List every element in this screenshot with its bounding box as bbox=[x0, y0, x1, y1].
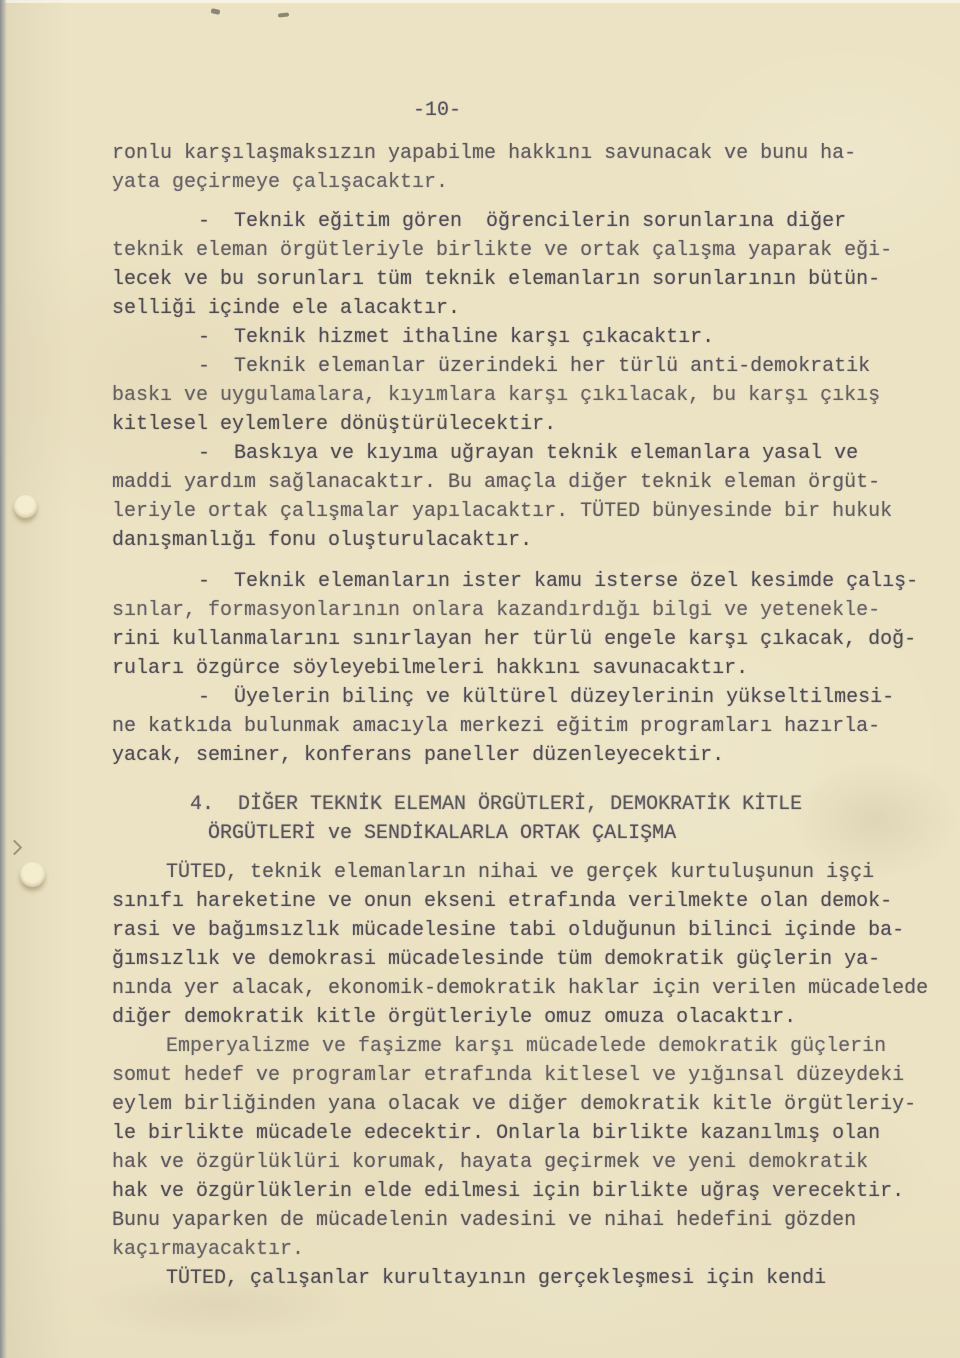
document-line: - Üyelerin bilinç ve kültürel düzeylerin… bbox=[198, 683, 960, 712]
page-number: -10- bbox=[0, 96, 874, 125]
document-line: sınıfı hareketine ve onun ekseni etrafın… bbox=[112, 887, 960, 916]
paper-emboss-mark bbox=[20, 862, 45, 887]
document-line: hak ve özgürlüklüri korumak, hayata geçi… bbox=[112, 1148, 960, 1177]
document-line: Bunu yaparken de mücadelenin vadesini ve… bbox=[112, 1206, 960, 1235]
document-line: - Baskıya ve kıyıma uğrayan teknik elema… bbox=[198, 439, 960, 468]
document-line: Emperyalizme ve faşizme karşı mücadelede… bbox=[166, 1032, 960, 1061]
scanned-page: -10- ronlu karşılaşmaksızın yapabilme ha… bbox=[0, 0, 960, 1358]
paper-emboss-mark bbox=[14, 495, 37, 518]
document-line: maddi yardım sağlanacaktır. Bu amaçla di… bbox=[112, 468, 960, 497]
document-body: -10- ronlu karşılaşmaksızın yapabilme ha… bbox=[0, 0, 960, 1293]
document-line: baskı ve uygulamalara, kıyımlara karşı ç… bbox=[112, 381, 960, 410]
document-line: - Teknik elemanların ister kamu isterse … bbox=[198, 567, 960, 596]
document-line: nında yer alacak, ekonomik-demokratik ha… bbox=[112, 974, 960, 1003]
document-line: diğer demokratik kitle örgütleriyle omuz… bbox=[112, 1003, 960, 1032]
document-line: sınlar, formasyonlarının onlara kazandır… bbox=[112, 596, 960, 625]
document-line: teknik eleman örgütleriyle birlikte ve o… bbox=[112, 236, 960, 265]
document-line: ğımsızlık ve demokrasi mücadelesinde tüm… bbox=[112, 945, 960, 974]
document-line: somut hedef ve programlar etrafında kitl… bbox=[112, 1061, 960, 1090]
document-line: hak ve özgürlüklerin elde edilmesi için … bbox=[112, 1177, 960, 1206]
document-line: yacak, seminer, konferans paneller düzen… bbox=[112, 741, 960, 770]
document-line: yata geçirmeye çalışacaktır. bbox=[112, 168, 960, 197]
document-line: - Teknik hizmet ithaline karşı çıkacaktı… bbox=[198, 323, 960, 352]
document-line: danışmanlığı fonu oluşturulacaktır. bbox=[112, 526, 960, 555]
document-line: - Teknik eğitim gören öğrencilerin sorun… bbox=[198, 207, 960, 236]
document-line: rini kullanmalarını sınırlayan her türlü… bbox=[112, 625, 960, 654]
document-line: ne katkıda bulunmak amacıyla merkezi eği… bbox=[112, 712, 960, 741]
document-line: kaçırmayacaktır. bbox=[112, 1235, 960, 1264]
section-heading-line: 4. DİĞER TEKNİK ELEMAN ÖRGÜTLERİ, DEMOKR… bbox=[190, 790, 960, 819]
document-line: kitlesel eylemlere dönüştürülecektir. bbox=[112, 410, 960, 439]
document-line: leriyle ortak çalışmalar yapılacaktır. T… bbox=[112, 497, 960, 526]
document-line: - Teknik elemanlar üzerindeki her türlü … bbox=[198, 352, 960, 381]
document-line: eylem birliğinden yana olacak ve diğer d… bbox=[112, 1090, 960, 1119]
document-line: TÜTED, çalışanlar kurultayının gerçekleş… bbox=[166, 1264, 960, 1293]
document-line: TÜTED, teknik elemanların nihai ve gerçe… bbox=[166, 858, 960, 887]
document-line: ruları özgürce söyleyebilmeleri hakkını … bbox=[112, 654, 960, 683]
document-line: rasi ve bağımsızlık mücadelesine tabi ol… bbox=[112, 916, 960, 945]
document-line: lecek ve bu sorunları tüm teknik elemanl… bbox=[112, 265, 960, 294]
document-line: le birlikte mücadele edecektir. Onlarla … bbox=[112, 1119, 960, 1148]
document-line: ronlu karşılaşmaksızın yapabilme hakkını… bbox=[112, 139, 960, 168]
document-line: selliği içinde ele alacaktır. bbox=[112, 294, 960, 323]
section-heading-line: ÖRGÜTLERİ ve SENDİKALARLA ORTAK ÇALIŞMA bbox=[208, 819, 960, 848]
